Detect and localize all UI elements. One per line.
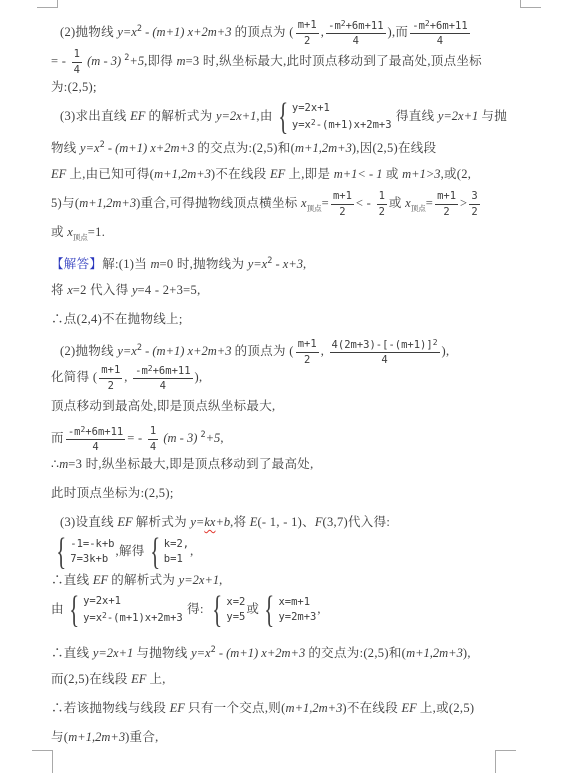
text-run: =2 代入得 (73, 283, 132, 297)
equation-text: b=1 (164, 553, 183, 565)
text-run: ∴点(2,4)不在抛物线上; (51, 312, 183, 326)
equation-text: 4(2m+3)-[-(m+1)] (332, 339, 433, 351)
text-run: =3 时,纵坐标最大,此时顶点移动到了最高处,顶点坐标 (186, 54, 482, 68)
equation-text: y=2x+1 (292, 102, 330, 114)
spellcheck-underline-run: kx (204, 515, 215, 529)
text-run: 而(2,5)在线段 (51, 672, 131, 686)
math-run: m+1,2m+3 (68, 730, 125, 744)
text-run: =0 时,抛物线为 (160, 257, 248, 271)
system-row: y=5 (226, 612, 245, 624)
equation-text: y=2m+3 (278, 611, 316, 623)
subscript: 顶点 (307, 204, 322, 213)
math-run: y=2x+1 (438, 109, 482, 123)
document-line: 【解答】解:(1)当 m=0 时,抛物线为 y=x2 - x+3, (0, 247, 577, 276)
fraction-denominator: 2 (331, 205, 354, 219)
math-run: y=x (80, 141, 100, 155)
fraction-numerator: m+1 (435, 190, 458, 205)
system-row: b=1 (164, 554, 189, 566)
system-rows: y=2x+1y=x2-(m+1)x+2m+3 (292, 103, 392, 131)
text-run: < - (356, 196, 375, 210)
text-run: , (321, 25, 324, 39)
text-run: ), (442, 344, 450, 358)
text-run: = - (127, 431, 146, 445)
fraction-numerator: m+1 (296, 19, 319, 34)
text-run: 解:(1)当 (102, 257, 150, 271)
text-run: 上,由已知可得( (69, 167, 154, 181)
text-run: 的解析式为 (111, 573, 178, 587)
equation-text: m+1 (298, 19, 317, 31)
document-line: {-1=-k+b7=3k+b,解得{k=2,b=1, (0, 537, 577, 566)
fraction: m+12 (99, 364, 122, 392)
text-run: 与抛 (481, 109, 507, 123)
text-run: = (426, 196, 433, 210)
fraction: m+12 (296, 19, 319, 47)
math-run: y=x (191, 646, 211, 660)
math-run: m (177, 54, 186, 68)
document-line: (3)求出直线 EF 的解析式为 y=2x+1,由{y=2x+1y=x2-(m+… (0, 102, 577, 131)
document-line: 此时顶点坐标为:(2,5); (0, 479, 577, 508)
math-run: - (m+1) x+2m+3 (142, 25, 235, 39)
math-run: EF (51, 167, 69, 181)
math-run: EF (130, 109, 148, 123)
text-run: , (190, 544, 193, 558)
text-run: (- 1, - 1)、 (257, 515, 314, 529)
left-brace-icon: { (56, 534, 66, 570)
document-line: 而(2,5)在线段 EF 上, (0, 665, 577, 694)
system-rows: x=2y=5 (226, 597, 245, 624)
fraction-numerator: -m2+6m+11 (410, 19, 469, 35)
math-run: y=2x+1 (179, 573, 219, 587)
fraction-numerator: -m2+6m+11 (66, 425, 125, 441)
equation-text: +6m+11 (346, 20, 384, 32)
math-run: +5 (129, 54, 144, 68)
fraction-numerator: 4(2m+3)-[-(m+1)]2 (330, 338, 440, 354)
equation-text: 2 (471, 206, 477, 218)
text-run: 顶点移动到最高处,即是顶点纵坐标最大, (51, 399, 275, 413)
math-run: +b (215, 515, 230, 529)
fraction-numerator: m+1 (331, 190, 354, 205)
math-run: m+1,2m+3 (406, 646, 463, 660)
left-brace-icon: { (212, 592, 222, 628)
math-run: m+1,2m+3 (154, 167, 211, 181)
document-line: (2)抛物线 y=x2 - (m+1) x+2m+3 的顶点为 (m+12,-m… (0, 15, 577, 44)
equation-text: -m (135, 365, 148, 377)
left-brace-icon: { (278, 99, 288, 135)
document-line: 或 x顶点=1. (0, 218, 577, 247)
equation-text: -1=-k+b (70, 538, 114, 550)
document-line: ∴若该抛物线与线段 EF 只有一个交点,则(m+1,2m+3)不在线段 EF 上… (0, 694, 577, 723)
equation-text: x=2 (226, 596, 245, 608)
equation-text: m+1 (333, 190, 352, 202)
text-run: ), (195, 370, 203, 384)
document-line: ∴点(2,4)不在抛物线上; (0, 305, 577, 334)
text-run: = - (51, 54, 70, 68)
math-run: (m - 3) (160, 431, 200, 445)
equation-text: m+1 (298, 338, 317, 350)
text-run: 而 (51, 431, 64, 445)
text-run: 得直线 (393, 109, 438, 123)
text-run: ∴直线 (51, 646, 93, 660)
document-line: (3)设直线 EF 解析式为 y=kx+b,将 E(- 1, - 1)、F(3,… (0, 508, 577, 537)
equation-system: {-1=-k+b7=3k+b (52, 534, 115, 570)
equation-text: y=x (292, 119, 311, 131)
equation-text: -m (412, 20, 425, 32)
equation-text: 7=3k+b (70, 553, 108, 565)
system-rows: -1=-k+b7=3k+b (70, 539, 114, 566)
document-line: 与(m+1,2m+3)重合, (0, 723, 577, 752)
text-run: 与( (51, 730, 68, 744)
document-line: 将 x=2 代入得 y=4 - 2+3=5, (0, 276, 577, 305)
math-run: m+1,2m+3 (286, 701, 343, 715)
left-brace-icon: { (69, 592, 79, 628)
text-run: 或 (389, 196, 405, 210)
fraction: m+12 (296, 338, 319, 366)
text-run: ),而 (388, 25, 409, 39)
equation-text: 1 (74, 48, 80, 60)
text-run: ,解得 (116, 544, 145, 558)
equation-text: x=m+1 (278, 596, 310, 608)
fraction-denominator: 2 (99, 379, 122, 393)
fraction-numerator: 1 (377, 190, 387, 205)
superscript: 2 (433, 338, 438, 347)
equation-text: -(m+1)x+2m+3 (316, 119, 392, 131)
fraction: 12 (377, 190, 387, 218)
text-run: 只有一个交点,则( (188, 701, 286, 715)
text-run: 或 (246, 602, 259, 616)
system-rows: y=2x+1y=x2-(m+1)x+2m+3 (83, 596, 183, 624)
fraction-numerator: 1 (148, 425, 158, 440)
document-page: (2)抛物线 y=x2 - (m+1) x+2m+3 的顶点为 (m+12,-m… (0, 0, 577, 773)
equation-text: 2 (379, 206, 385, 218)
math-run: (m - 3) (84, 54, 124, 68)
fraction-numerator: m+1 (99, 364, 122, 379)
document-line: 物线 y=x2 - (m+1) x+2m+3 的交点为:(2,5)和(m+1,2… (0, 131, 577, 160)
text-run: , (124, 370, 131, 384)
document-line: 5)与(m+1,2m+3)重合,可得抛物线顶点横坐标 x顶点=m+12< - 1… (0, 189, 577, 218)
text-run: ),因(2,5)在线段 (352, 141, 437, 155)
text-run: 的交点为:(2,5)和( (308, 646, 406, 660)
text-run: (3,7)代入得: (323, 515, 391, 529)
equation-text: -(m+1)x+2m+3 (107, 612, 183, 624)
equation-text: 2 (443, 206, 449, 218)
math-run: - (m+1) x+2m+3 (142, 344, 235, 358)
math-run: m (150, 257, 159, 271)
system-row: k=2, (164, 539, 189, 551)
fraction-denominator: 4 (330, 353, 440, 367)
math-run: y=x (117, 25, 137, 39)
fraction-numerator: -m2+6m+11 (326, 19, 385, 35)
equation-text: m+1 (101, 364, 120, 376)
fraction-denominator: 2 (296, 353, 319, 367)
text-run: , (321, 344, 328, 358)
text-run: )重合,可得抛物线顶点横坐标 (136, 196, 301, 210)
text-run: = (322, 196, 329, 210)
text-run: 化简得 ( (51, 370, 97, 384)
text-run: )不在线段 (211, 167, 270, 181)
text-run: (2)抛物线 (60, 25, 117, 39)
equation-system: {x=m+1y=2m+3 (260, 592, 316, 628)
math-run: m+1,2m+3 (79, 196, 136, 210)
text-run: 由 (51, 602, 64, 616)
math-run: EF (401, 701, 419, 715)
text-run: 的顶点为 ( (235, 25, 294, 39)
fraction: m+12 (435, 190, 458, 218)
math-run: - (m+1) x+2m+3 (105, 141, 198, 155)
system-row: 7=3k+b (70, 554, 114, 566)
equation-text: -m (328, 20, 341, 32)
math-run: y=x (248, 257, 268, 271)
document-line: 由{y=2x+1y=x2-(m+1)x+2m+3 得: {x=2y=5或{x=m… (0, 595, 577, 624)
math-run: EF (131, 672, 149, 686)
document-line: ∴直线 y=2x+1 与抛物线 y=x2 - (m+1) x+2m+3 的交点为… (0, 636, 577, 665)
text-run: , (219, 573, 222, 587)
text-run: )重合, (125, 730, 159, 744)
text-run: (3)设直线 (60, 515, 117, 529)
math-run: m+1,2m+3 (295, 141, 352, 155)
equation-text: -m (68, 426, 81, 438)
equation-text: 4 (381, 354, 387, 366)
text-run: 的解析式为 (149, 109, 216, 123)
text-run: 上,即是 (288, 167, 333, 181)
text-run: 或 (383, 167, 403, 181)
equation-text: 1 (379, 190, 385, 202)
fraction-denominator: 4 (133, 379, 192, 393)
system-row: y=2x+1 (83, 596, 183, 608)
equation-system: {x=2y=5 (208, 592, 245, 628)
text-run: 与抛物线 (136, 646, 191, 660)
equation-text: 4 (160, 380, 166, 392)
fraction-denominator: 2 (435, 205, 458, 219)
document-line: = - 14 (m - 3) 2+5,即得 m=3 时,纵坐标最大,此时顶点移动… (0, 44, 577, 73)
text-run: ,由 (256, 109, 272, 123)
text-run: ∴直线 (51, 573, 93, 587)
crop-mark-bottom-right (495, 750, 516, 773)
document-content: (2)抛物线 y=x2 - (m+1) x+2m+3 的顶点为 (m+12,-m… (0, 0, 577, 752)
text-run: (2)抛物线 (60, 344, 117, 358)
text-run: 为:(2,5); (51, 80, 97, 94)
equation-text: 3 (471, 190, 477, 202)
left-brace-icon: { (264, 592, 274, 628)
text-run: 的交点为:(2,5)和( (197, 141, 295, 155)
text-run: 的顶点为 ( (235, 344, 294, 358)
equation-text: m+1 (437, 190, 456, 202)
text-run: ,或(2, (441, 167, 472, 181)
equation-text: 2 (108, 380, 114, 392)
text-run: 物线 (51, 141, 80, 155)
text-run: , (303, 257, 306, 271)
text-run: =3 时,纵坐标最大,即是顶点移动到了最高处, (68, 457, 313, 471)
math-run: y=x (117, 344, 137, 358)
fraction-denominator: 2 (377, 205, 387, 219)
math-run: - (m+1) x+2m+3 (216, 646, 309, 660)
fraction: 32 (469, 190, 479, 218)
text-run: 解析式为 (136, 515, 191, 529)
system-row: x=2 (226, 597, 245, 609)
text-run: 或 (51, 225, 67, 239)
text-run: 上, (149, 672, 165, 686)
crop-mark-bottom-left (32, 750, 53, 773)
equation-system: {y=2x+1y=x2-(m+1)x+2m+3 (274, 99, 392, 135)
text-run: > (460, 196, 467, 210)
document-line: ∴m=3 时,纵坐标最大,即是顶点移动到了最高处, (0, 450, 577, 479)
math-run: EF (117, 515, 135, 529)
equation-text: 1 (150, 425, 156, 437)
document-line: 为:(2,5); (0, 73, 577, 102)
text-run: ∴若该抛物线与线段 (51, 701, 170, 715)
answer-label: 【解答】 (51, 257, 102, 271)
fraction-numerator: m+1 (296, 338, 319, 353)
text-run: 上,或(2,5) (420, 701, 474, 715)
text-run: =4 - 2+3=5, (138, 283, 201, 297)
equation-text: k=2, (164, 538, 189, 550)
fraction: 14 (148, 425, 158, 453)
left-brace-icon: { (150, 534, 160, 570)
system-row: y=2m+3 (278, 612, 316, 624)
system-row: y=x2-(m+1)x+2m+3 (83, 612, 183, 625)
math-run: EF (270, 167, 288, 181)
equation-text: +6m+11 (153, 365, 191, 377)
math-run: F (315, 515, 323, 529)
equation-text: 2 (339, 206, 345, 218)
math-run: m+1>3 (402, 167, 440, 181)
document-line: 顶点移动到最高处,即是顶点纵坐标最大, (0, 392, 577, 421)
equation-text: y=2x+1 (83, 595, 121, 607)
math-run: m+1< - 1 (334, 167, 383, 181)
fraction-numerator: -m2+6m+11 (133, 364, 192, 380)
text-run: 将 (51, 283, 67, 297)
text-run: 5)与( (51, 196, 79, 210)
system-row: x=m+1 (278, 597, 316, 609)
text-run: , (317, 602, 320, 616)
text-run: , (220, 431, 223, 445)
equation-text: 2 (304, 354, 310, 366)
equation-system: {k=2,b=1 (146, 534, 190, 570)
text-run: ), (463, 646, 471, 660)
system-row: y=x2-(m+1)x+2m+3 (292, 119, 392, 132)
equation-system: {y=2x+1y=x2-(m+1)x+2m+3 (65, 592, 183, 628)
document-line: (2)抛物线 y=x2 - (m+1) x+2m+3 的顶点为 (m+12, 4… (0, 334, 577, 363)
document-line: 而-m2+6m+114= - 14 (m - 3) 2+5, (0, 421, 577, 450)
system-row: -1=-k+b (70, 539, 114, 551)
document-line: EF 上,由已知可得(m+1,2m+3)不在线段 EF 上,即是 m+1< - … (0, 160, 577, 189)
fraction: m+12 (331, 190, 354, 218)
text-run: ,将 (230, 515, 250, 529)
text-run: )不在线段 (342, 701, 401, 715)
fraction: 4(2m+3)-[-(m+1)]24 (330, 338, 440, 367)
text-run: (3)求出直线 (60, 109, 130, 123)
equation-text: y=5 (226, 611, 245, 623)
document-line: 化简得 (m+12, -m2+6m+114), (0, 363, 577, 392)
subscript: 顶点 (73, 233, 88, 242)
document-line: ∴直线 EF 的解析式为 y=2x+1, (0, 566, 577, 595)
fraction-numerator: 3 (469, 190, 479, 205)
fraction: 14 (72, 48, 82, 76)
math-run: y= (190, 515, 204, 529)
text-run: ,即得 (144, 54, 176, 68)
math-run: EF (170, 701, 188, 715)
equation-text: y=x (83, 612, 102, 624)
math-run: m (59, 457, 68, 471)
system-rows: x=m+1y=2m+3 (278, 597, 316, 624)
fraction: -m2+6m+114 (133, 364, 192, 393)
subscript: 顶点 (411, 204, 426, 213)
math-run: EF (93, 573, 111, 587)
math-run: +5 (206, 431, 221, 445)
math-run: - x+3 (272, 257, 303, 271)
text-run: 此时顶点坐标为:(2,5); (51, 486, 174, 500)
equation-text: +6m+11 (85, 426, 123, 438)
equation-text: +6m+11 (430, 20, 468, 32)
fraction-denominator: 2 (469, 205, 479, 219)
system-row: y=2x+1 (292, 103, 392, 115)
system-rows: k=2,b=1 (164, 539, 189, 566)
text-run: 得: (184, 602, 207, 616)
math-run: y=2x+1 (93, 646, 137, 660)
math-run: y=2x+1 (216, 109, 256, 123)
text-run: =1. (88, 225, 105, 239)
fraction-numerator: 1 (72, 48, 82, 63)
